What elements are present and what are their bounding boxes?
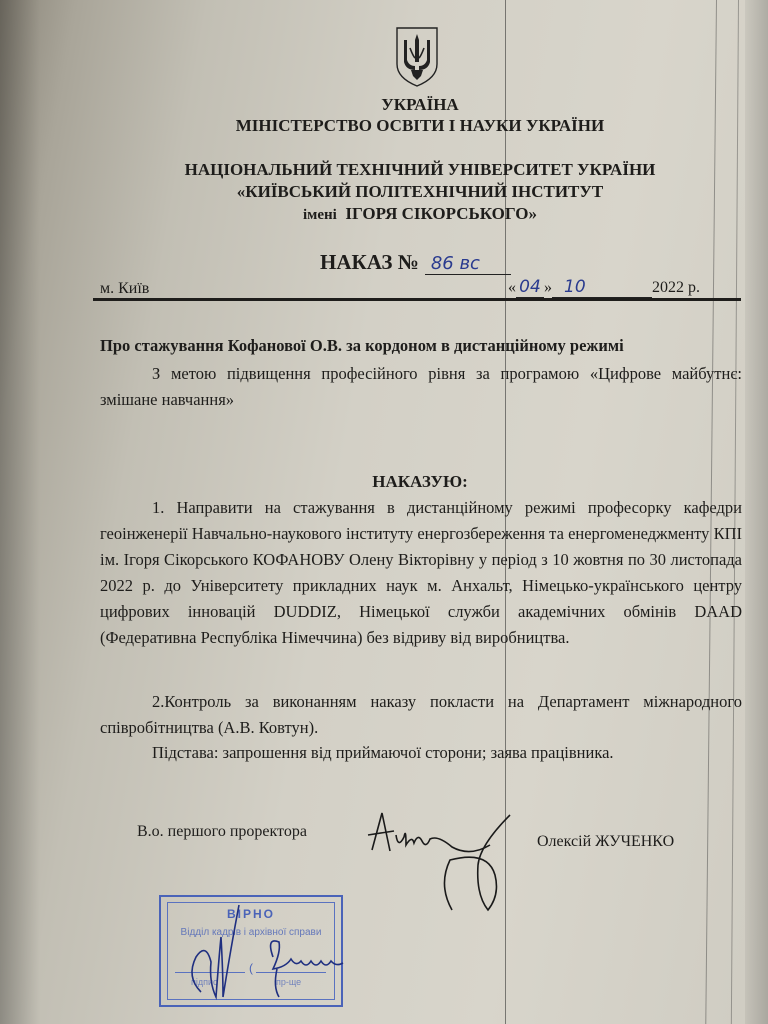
header-ministry: МІНІСТЕРСТВО ОСВІТИ І НАУКИ УКРАЇНИ: [90, 116, 750, 136]
page-shadow: [0, 0, 40, 1024]
header-university-prefix: імені: [303, 207, 337, 223]
page-edge-shadow: [745, 0, 768, 1024]
order-label: НАКАЗ №: [320, 250, 419, 274]
date-day-handwritten: 04: [516, 277, 544, 298]
date-month-handwritten: 10: [552, 277, 652, 298]
order-date: «04»102022 р.: [508, 277, 700, 298]
tryzub-coat-of-arms-icon: [394, 26, 440, 88]
header-country: УКРАЇНА: [90, 95, 750, 115]
header-university-line-3: імені ІГОРЯ СІКОРСЬКОГО»: [90, 204, 750, 224]
document-page: УКРАЇНА МІНІСТЕРСТВО ОСВІТИ І НАУКИ УКРА…: [0, 0, 768, 1024]
directive-item-2: 2.Контроль за виконанням наказу покласти…: [100, 689, 742, 741]
stamp-handwritten-signature-icon: [161, 897, 345, 1009]
certified-copy-stamp: ВІРНО Відділ кадрів і архівної справи ( …: [159, 895, 343, 1007]
header-university-line-1: НАЦІОНАЛЬНИЙ ТЕХНІЧНИЙ УНІВЕРСИТЕТ УКРАЇ…: [90, 160, 750, 180]
date-year: 2022 р.: [652, 279, 700, 296]
order-city: м. Київ: [100, 280, 149, 298]
order-subject: Про стажування Кофанової О.В. за кордоно…: [100, 336, 624, 356]
signatory-title: В.о. першого проректора: [137, 823, 307, 841]
order-number-handwritten: 86 вс: [425, 253, 511, 275]
date-open-quote: «: [508, 279, 516, 296]
header-university-line-2: «КИЇВСЬКИЙ ПОЛІТЕХНІЧНИЙ ІНСТИТУТ: [90, 182, 750, 202]
directive-item-1: 1. Направити на стажування в дистанційно…: [100, 495, 742, 651]
order-basis: Підстава: запрошення від приймаючої стор…: [100, 740, 742, 766]
header-university-name: ІГОРЯ СІКОРСЬКОГО»: [345, 204, 537, 223]
handwritten-signature-icon: [360, 805, 540, 915]
date-close-quote: »: [544, 279, 552, 296]
order-intro: З метою підвищення професійного рівня за…: [100, 361, 742, 413]
header-divider: [93, 298, 741, 301]
order-title: НАКАЗ №86 вс: [320, 250, 511, 275]
signatory-name: Олексій ЖУЧЕНКО: [537, 833, 674, 851]
directive-heading: НАКАЗУЮ:: [90, 472, 750, 492]
